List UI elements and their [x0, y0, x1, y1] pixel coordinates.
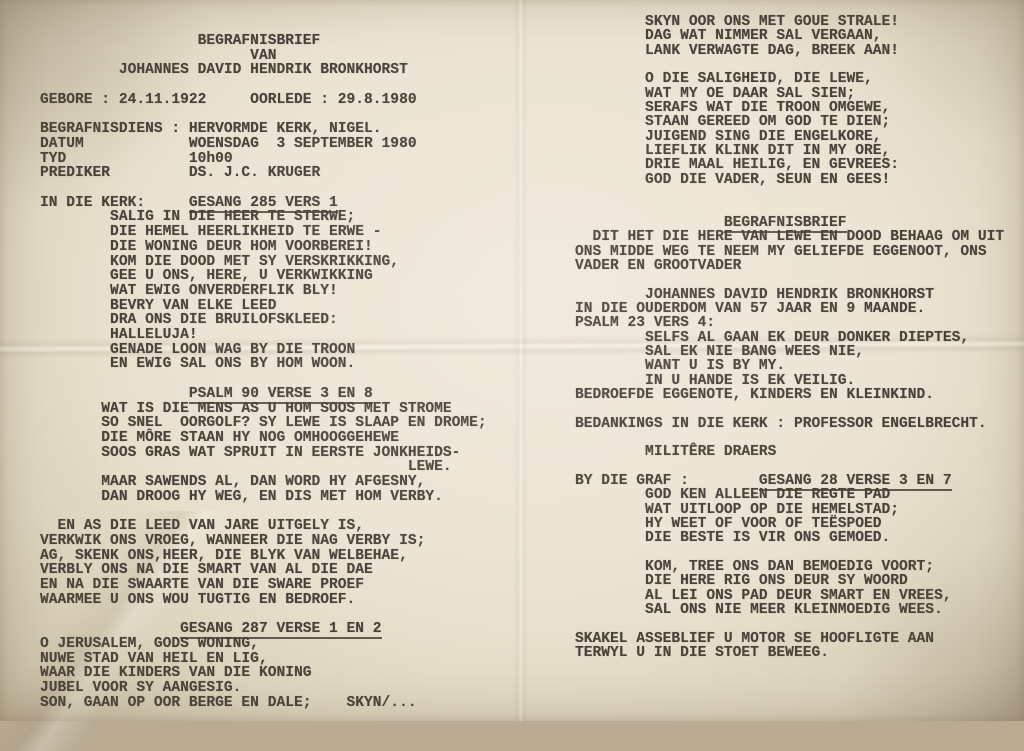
text-line: WAARMEE U ONS WOU TUGTIG EN BEDROEF. [40, 593, 487, 608]
text-line [575, 187, 1004, 201]
text-line: WAT MY OE DAAR SAL SIEN; [575, 87, 1004, 101]
text-line: EN AS DIE LEED VAN JARE UITGELY IS, [40, 519, 487, 534]
fold-crease-vertical [512, 0, 528, 721]
text-line: LEWE. [40, 460, 487, 475]
text-line: JUBEL VOOR SY AANGESIG. [40, 681, 487, 696]
document-page: BEGRAFNISBRIEF VAN JOHANNES DAVID HENDRI… [0, 0, 1024, 721]
text-line [40, 372, 487, 387]
notice-line: SKAKEL ASSEBLIEF U MOTOR SE HOOFLIGTE AA… [575, 632, 1004, 646]
text-line: SALIG IN DIE HEER TE STERWE; [40, 210, 487, 225]
text-line: BEDROEFDE EGGENOTE, KINDERS EN KLEINKIND… [575, 388, 1004, 402]
text-line: WAAR DIE KINDERS VAN DIE KONING [40, 666, 487, 681]
text-line: O DIE SALIGHEID, DIE LEWE, [575, 72, 1004, 86]
text-line: LANK VERWAGTE DAG, BREEK AAN! [575, 44, 1004, 58]
text-line: O JERUSALEM, GODS WONING, [40, 637, 487, 652]
text-line [575, 617, 1004, 631]
text-line: DIE BESTE IS VIR ONS GEMOED. [575, 531, 1004, 545]
text-line [40, 78, 487, 93]
text-line: AL LEI ONS PAD DEUR SMART EN VREES, [575, 589, 1004, 603]
right-column: SKYN OOR ONS MET GOUE STRALE! DAG WAT NI… [575, 15, 1004, 660]
text-line: HALLELUJA! [40, 328, 487, 343]
document-title: BEGRAFNISBRIEF [40, 34, 487, 49]
text-line: DAN DROOG HY WEG, EN DIS MET HOM VERBY. [40, 490, 487, 505]
text-line: VERBLY ONS NA DIE SMART VAN AL DIE DAE [40, 563, 487, 578]
text-line: DAG WAT NIMMER SAL VERGAAN, [575, 29, 1004, 43]
hymn-heading-gesang-287: GESANG 287 VERSE 1 EN 2 [40, 622, 487, 637]
service-location: BEGRAFNISDIENS : HERVORMDE KERK, NIGEL. [40, 122, 487, 137]
text-line: VADER EN GROOTVADER [575, 259, 1004, 273]
left-column: BEGRAFNISBRIEF VAN JOHANNES DAVID HENDRI… [40, 34, 487, 710]
text-line [575, 402, 1004, 416]
text-line: SO SNEL OORGOLF? SY LEWE IS SLAAP EN DRO… [40, 416, 487, 431]
deceased-name: JOHANNES DAVID HENDRIK BRONKHORST [40, 63, 487, 78]
text-line: STAAN GEREED OM GOD TE DIEN; [575, 115, 1004, 129]
catchword-line: SON, GAAN OP OOR BERGE EN DALE; SKYN/... [40, 696, 487, 711]
text-line: DIE HEMEL HEERLIKHEID TE ERWE - [40, 225, 487, 240]
text-line [575, 273, 1004, 287]
text-line [40, 607, 487, 622]
text-line: DIE MÔRE STAAN HY NOG OMHOOGGEHEWE [40, 431, 487, 446]
text-line: WAT UITLOOP OP DIE HEMELSTAD; [575, 503, 1004, 517]
thanks-line: BEDANKINGS IN DIE KERK : PROFESSOR ENGEL… [575, 417, 1004, 431]
text-line: SELFS AL GAAN EK DEUR DONKER DIEPTES, [575, 331, 1004, 345]
text-line: WANT U IS BY MY. [575, 359, 1004, 373]
text-line: ONS MIDDE WEG TE NEEM MY GELIEFDE EGGENO… [575, 245, 1004, 259]
hymn-heading-psalm-90: PSALM 90 VERSE 3 EN 8 [40, 387, 487, 402]
text-line: DRA ONS DIE BRUILOFSKLEED: [40, 313, 487, 328]
text-line: IN U HANDE IS EK VEILIG. [575, 374, 1004, 388]
text-line [40, 181, 487, 196]
text-line: JUIGEND SING DIE ENGELKORE, [575, 130, 1004, 144]
text-line [575, 460, 1004, 474]
text-line: EN EWIG SAL ONS BY HOM WOON. [40, 357, 487, 372]
dates-line: GEBORE : 24.11.1922 OORLEDE : 29.8.1980 [40, 93, 487, 108]
section-heading-begrafnisbrief: BEGRAFNISBRIEF [575, 216, 1004, 230]
text-line: GOD DIE VADER, SEUN EN GEES! [575, 173, 1004, 187]
bearers-line: MILITÊRE DRAERS [575, 445, 1004, 459]
scripture-heading: PSALM 23 VERS 4: [575, 316, 1004, 330]
text-line: DIT HET DIE HERE VAN LEWE EN DOOD BEHAAG… [575, 230, 1004, 244]
notice-line: TERWYL U IN DIE STOET BEWEEG. [575, 646, 1004, 660]
text-line: DRIE MAAL HEILIG, EN GEVREES: [575, 158, 1004, 172]
text-line: DIE HERE RIG ONS DEUR SY WOORD [575, 574, 1004, 588]
text-line [40, 505, 487, 520]
text-line: EN NA DIE SWAARTE VAN DIE SWARE PROEF [40, 578, 487, 593]
service-minister: PREDIKER DS. J.C. KRUGER [40, 166, 487, 181]
text-line: WAT EWIG ONVERDERFLIK BLY! [40, 284, 487, 299]
text-line: SAL ONS NIE MEER KLEINMOEDIG WEES. [575, 603, 1004, 617]
text-line [575, 546, 1004, 560]
text-line: DIE WONING DEUR HOM VOORBEREI! [40, 240, 487, 255]
text-line: MAAR SAWENDS AL, DAN WORD HY AFGESNY, [40, 475, 487, 490]
text-line [575, 201, 1004, 215]
deceased-name: JOHANNES DAVID HENDRIK BRONKHORST [575, 288, 1004, 302]
text-line: GEE U ONS, HERE, U VERKWIKKING [40, 269, 487, 284]
text-line: VERKWIK ONS VROEG, WANNEER DIE NAG VERBY… [40, 534, 487, 549]
service-date: DATUM WOENSDAG 3 SEPTEMBER 1980 [40, 137, 487, 152]
text-line [40, 108, 487, 123]
